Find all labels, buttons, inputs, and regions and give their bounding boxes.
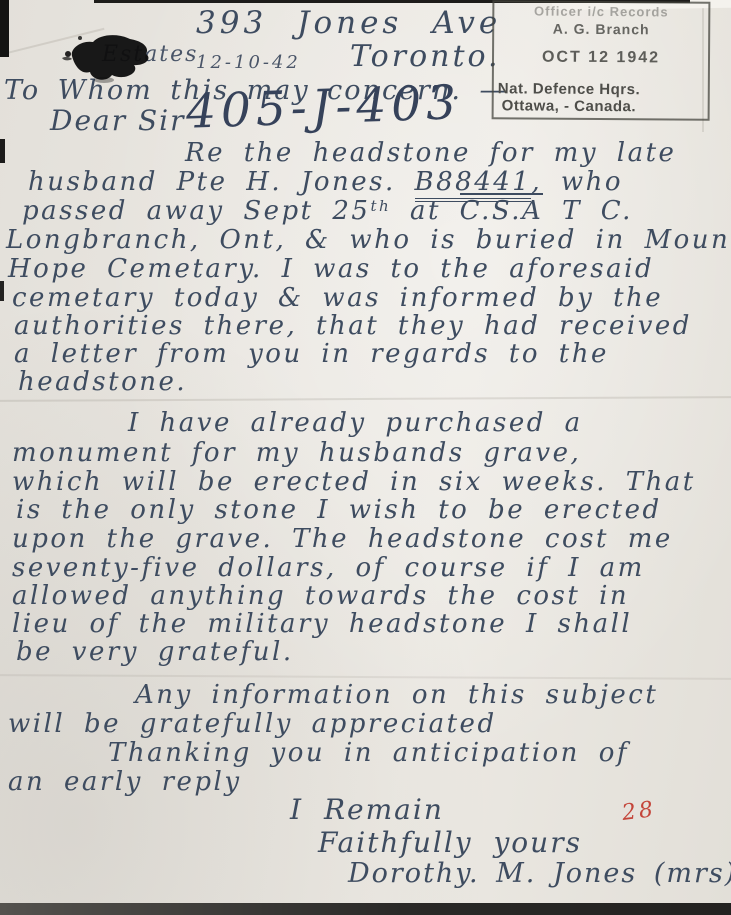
letter-line: lieu of the military headstone I shall <box>12 611 632 637</box>
letter-line: passed away Sept 25th at C.S.A T C. <box>22 198 633 224</box>
letter-line: will be gratefully appreciated <box>8 711 497 737</box>
scan-edge-notch <box>0 139 5 163</box>
received-stamp: Officer i/c Records A. G. Branch OCT 12 … <box>492 0 711 121</box>
letter-line: be very grateful. <box>16 639 294 665</box>
stamp-branch-line: A. G. Branch <box>494 20 708 37</box>
letter-line: headstone. <box>18 369 187 395</box>
closing-remain: I Remain <box>290 796 444 824</box>
letter-line: I have already purchased a <box>128 410 583 436</box>
scanned-letter: Officer i/c Records A. G. Branch OCT 12 … <box>0 0 731 915</box>
scan-edge-bottom <box>0 903 731 915</box>
letter-line: allowed anything towards the cost in <box>12 583 629 609</box>
line-text: at <box>391 196 459 226</box>
letter-line: Thanking you in anticipation of <box>108 740 629 766</box>
scan-edge-notch <box>0 281 4 301</box>
letter-line: Re the headstone for my late <box>185 140 676 166</box>
letter-line: authorities there, that they had receive… <box>14 313 692 339</box>
scan-edge-left <box>0 0 9 57</box>
line-text: husband Pte H. Jones. <box>28 167 415 197</box>
stamp-city-line: Ottawa, - Canada. <box>494 97 708 115</box>
line-text: passed away Sept 25 <box>22 196 370 226</box>
stamp-officer-line: Officer i/c Records <box>494 3 708 19</box>
letter-line: cemetary today & was informed by the <box>12 285 663 311</box>
letter-line: upon the grave. The headstone cost me <box>12 526 673 552</box>
letter-line: a letter from you in regards to the <box>14 341 609 367</box>
letter-line: monument for my husbands grave, <box>12 440 581 466</box>
signature: Dorothy. M. Jones (mrs) <box>348 860 731 887</box>
file-number-annotation: 405-J-403 <box>185 79 462 136</box>
line-text: , who <box>531 167 623 197</box>
letter-line: which will be erected in six weeks. That <box>12 469 696 495</box>
letter-line: husband Pte H. Jones. B88441, who <box>28 169 623 195</box>
salutation-dear-sir: Dear Sir <box>50 107 186 135</box>
letter-line: Longbranch, Ont, & who is buried in Moun… <box>6 227 731 253</box>
letter-line: is the only stone I wish to be erected <box>16 497 662 523</box>
letter-line: Any information on this subject <box>135 682 658 708</box>
line-text: T C. <box>543 196 633 226</box>
ink-blot <box>60 30 160 85</box>
closing-valediction: Faithfully yours <box>318 829 582 857</box>
ordinal-suffix: th <box>370 197 391 215</box>
stamp-hqrs-line: Nat. Defence Hqrs. <box>494 80 708 98</box>
stamp-date: OCT 12 1942 <box>494 48 708 67</box>
sender-address: 393 Jones Ave <box>196 8 501 39</box>
letter-line: an early reply <box>8 769 242 795</box>
sender-city: Toronto. <box>350 42 501 72</box>
unit-abbreviation: C.S.A <box>460 193 544 226</box>
letter-line: seventy-five dollars, of course if I am <box>12 555 645 581</box>
red-pencil-number: 28 <box>621 797 658 826</box>
annotation-date: 12-10-42 <box>196 54 301 72</box>
letter-line: Hope Cemetary. I was to the aforesaid <box>8 256 654 282</box>
